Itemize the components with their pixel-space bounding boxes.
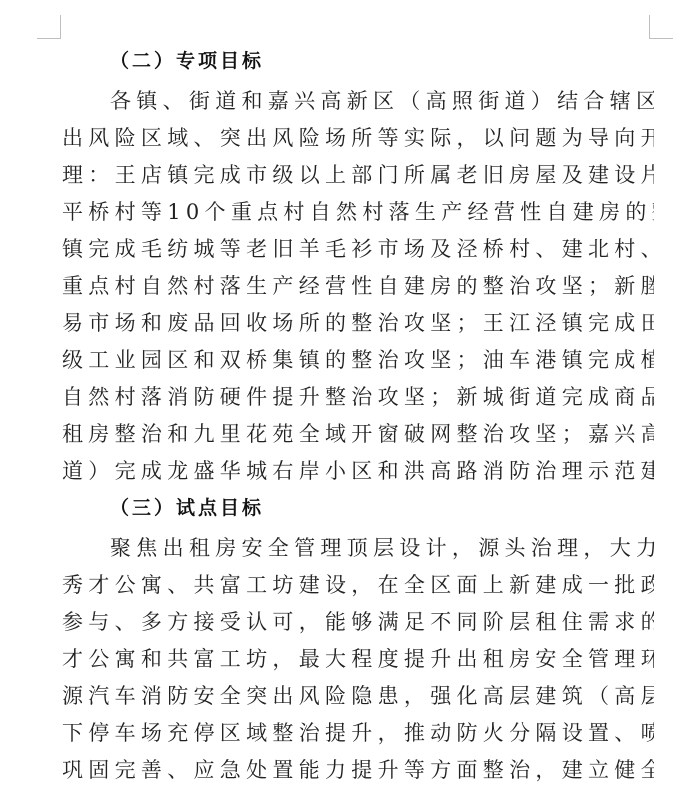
text-line: 租房整治和九里花苑全域开窗破网整治攻坚；嘉兴高新区（高照街 [62,416,654,453]
paragraph-pilot-goals: 聚焦出租房安全管理顶层设计，源头治理，大力推动蓝领公寓、 秀才公寓、共富工坊建设… [62,530,654,789]
text-line: 理：王店镇完成市级以上部门所属老旧房屋及建设片、八联村、太 [62,157,654,194]
paragraph-special-goals: 各镇、街道和嘉兴高新区（高照街道）结合辖区产业情况、突 出风险区域、突出风险场所… [62,83,654,490]
section-heading-special-goals: （二）专项目标 [62,43,654,80]
section-heading-pilot-goals: （三）试点目标 [62,490,654,527]
text-line: 才公寓和共富工坊，最大程度提升出租房安全管理环境；聚焦新能 [62,641,654,678]
text-line: 聚焦出租房安全管理顶层设计，源头治理，大力推动蓝领公寓、 [62,530,654,567]
text-line: 巩固完善、应急处置能力提升等方面整治，建立健全消防安全管理 [62,752,654,789]
text-line: 镇完成毛纺城等老旧羊毛衫市场及泾桥村、建北村、凤桥村等3个 [62,231,654,268]
text-line: 自然村落消防硬件提升整治攻坚；新城街道完成商品房住宅小区群 [62,379,654,416]
document-page-body: （二）专项目标 各镇、街道和嘉兴高新区（高照街道）结合辖区产业情况、突 出风险区… [62,43,654,789]
text-line: 各镇、街道和嘉兴高新区（高照街道）结合辖区产业情况、突 [62,83,654,120]
text-line: 秀才公寓、共富工坊建设，在全区面上新建成一批政府主导、市场 [62,567,654,604]
page-corner-mark-top-left [37,15,61,39]
text-line: 平桥村等10个重点村自然村落生产经营性自建房的整治攻坚；洪合 [62,194,654,231]
text-line: 参与、多方接受认可，能够满足不同阶层租住需求的蓝领公寓、秀 [62,604,654,641]
text-line: 出风险区域、突出风险场所等实际，以问题为导向开展精准攻坚治 [62,120,654,157]
text-line: 重点村自然村落生产经营性自建房的整治攻坚；新塍镇完成木材交 [62,268,654,305]
text-line: 源汽车消防安全突出风险隐患，强化高层建筑（高层住宅小区）地 [62,678,654,715]
page-corner-mark-top-right [649,15,673,39]
text-line: 级工业园区和双桥集镇的整治攻坚；油车港镇完成植绒工业企业和 [62,342,654,379]
text-line: 易市场和废品回收场所的整治攻坚；王江泾镇完成田乐、市泾等村 [62,305,654,342]
text-line: 道）完成龙盛华城右岸小区和洪高路消防治理示范建设整治攻坚。 [62,453,654,490]
text-line: 下停车场充停区域整治提升，推动防火分隔设置、喷淋等消防设施 [62,715,654,752]
